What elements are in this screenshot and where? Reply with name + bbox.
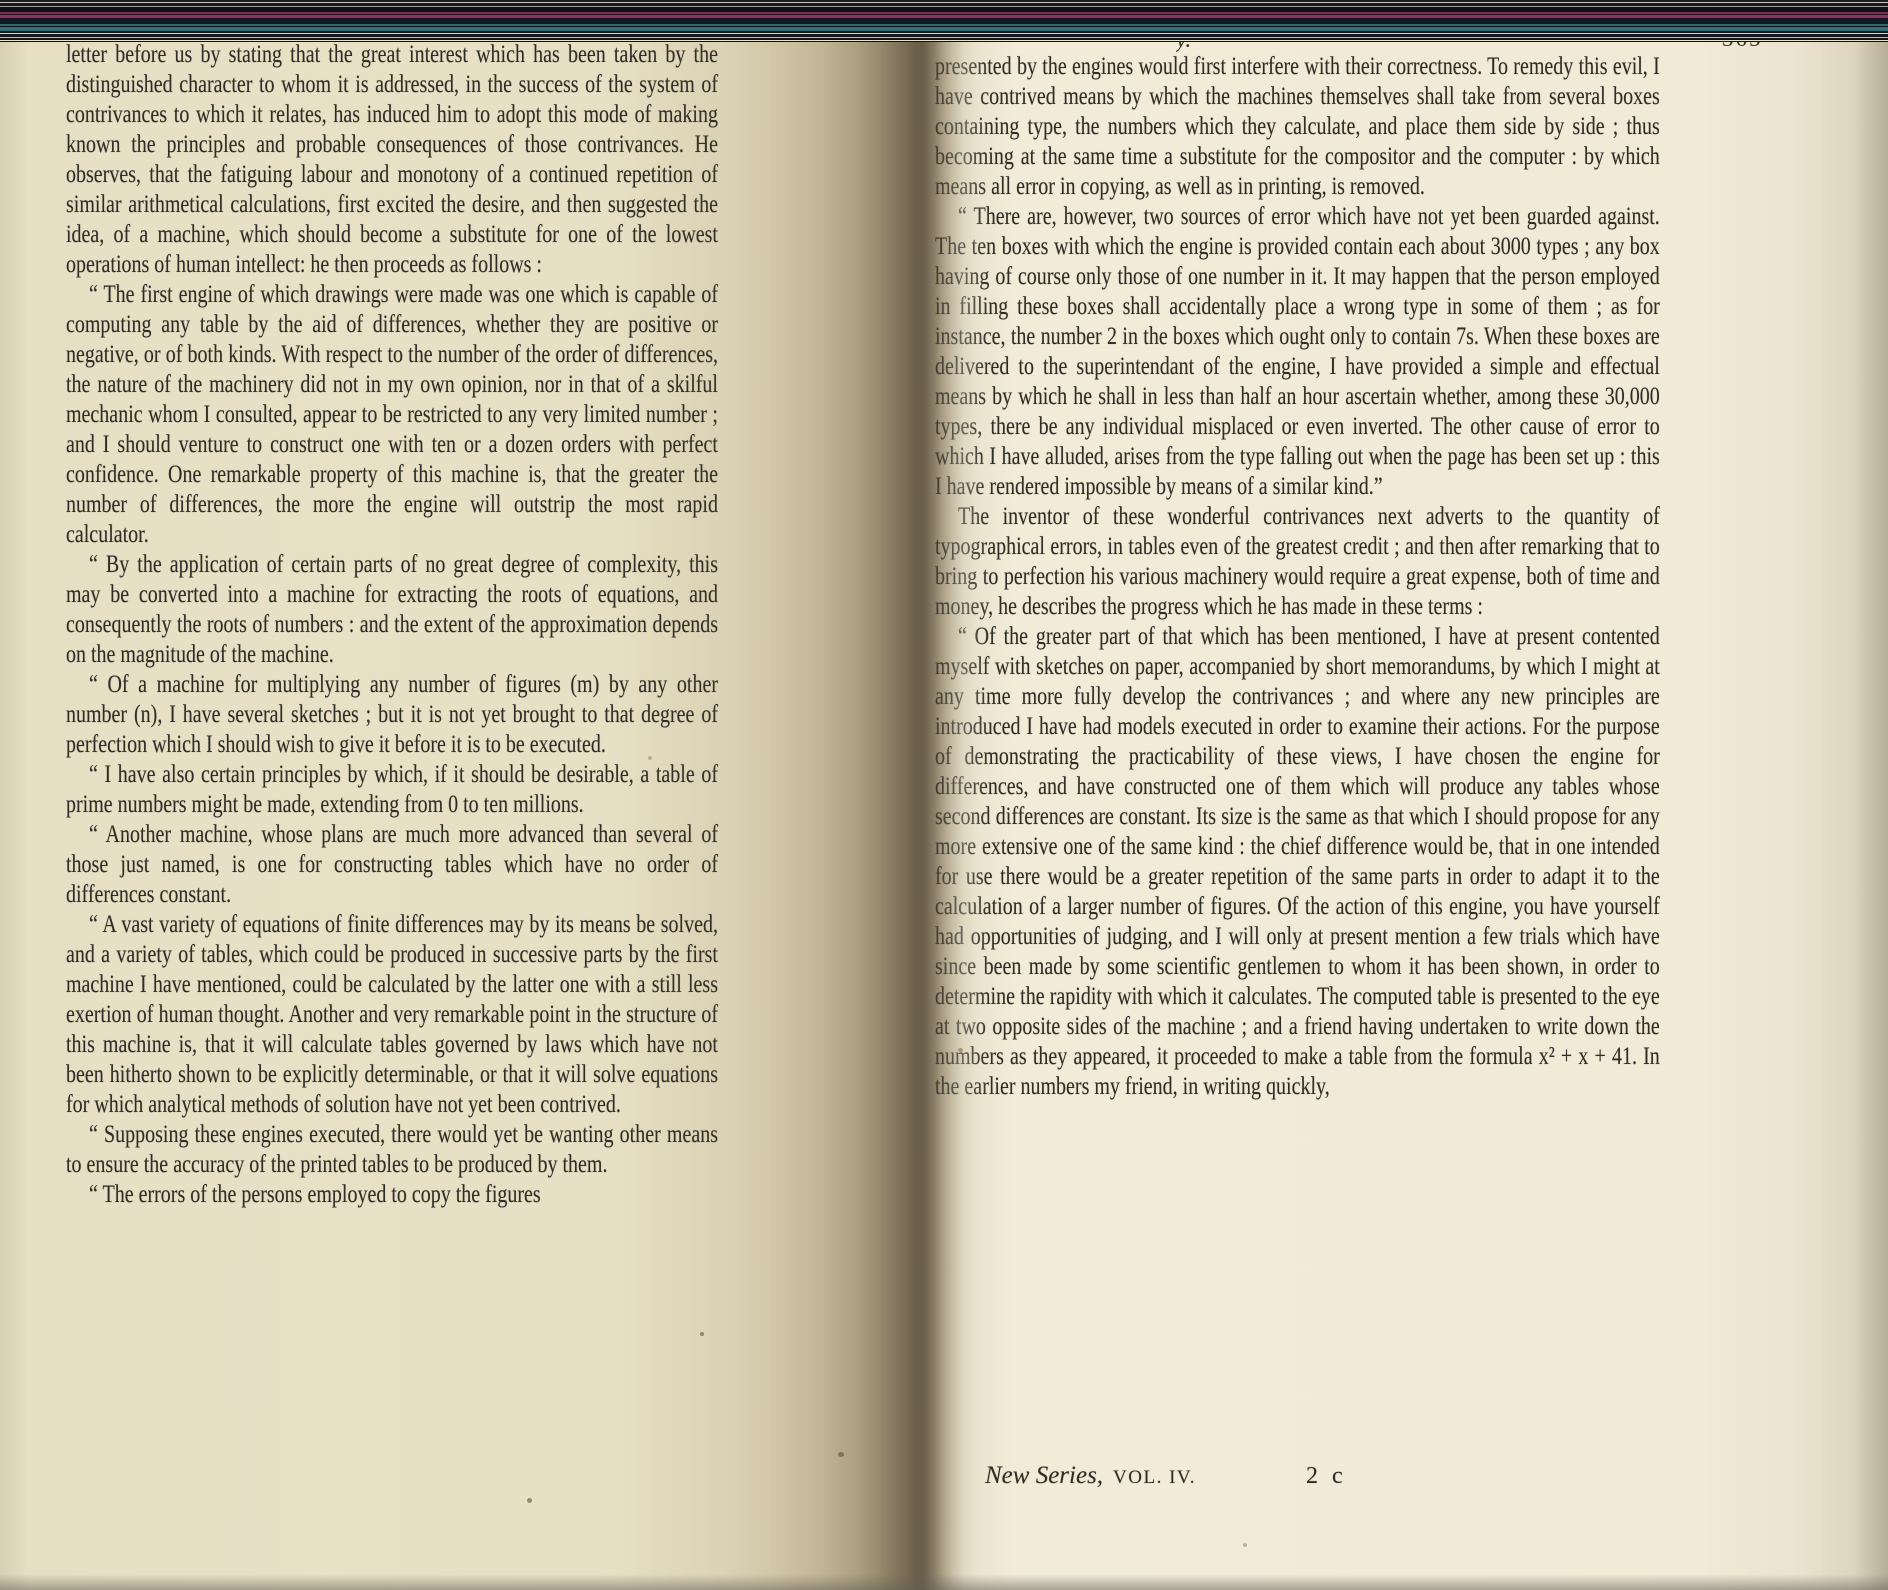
series-label: New Series, (985, 1462, 1103, 1490)
paragraph: letter before us by stating that the gre… (66, 40, 718, 280)
volume-label: VOL. IV. (1113, 1467, 1196, 1489)
paragraph: “ Of a machine for multiplying any numbe… (66, 670, 718, 760)
paragraph: “ Of the greater part of that which has … (935, 622, 1660, 1102)
paragraph: “ The first engine of which drawings wer… (66, 280, 718, 550)
paragraph: presented by the engines would first int… (935, 52, 1660, 202)
book-spread: y. 365 letter before us by stating that … (0, 0, 1888, 1590)
right-page-text: presented by the engines would first int… (935, 52, 1660, 1102)
paragraph: “ I have also certain principles by whic… (66, 760, 718, 820)
paragraph: “ A vast variety of equations of finite … (66, 910, 718, 1120)
page-number-text: 365 (1722, 42, 1792, 51)
left-page-text: letter before us by stating that the gre… (66, 40, 718, 1210)
paper-speck (1243, 1543, 1247, 1547)
paragraph: “ By the application of certain parts of… (66, 550, 718, 670)
paragraph: “ The errors of the persons employed to … (66, 1180, 718, 1210)
paper-speck (838, 1452, 844, 1457)
bottom-edge-shadow (0, 1574, 1888, 1590)
paragraph: The inventor of these wonderful contriva… (935, 502, 1660, 622)
scan-artifact-stripe-band (0, 0, 1888, 42)
signature-mark: 2 c (1306, 1463, 1347, 1490)
paper-speck (700, 1332, 704, 1336)
paragraph: “ Another machine, whose plans are much … (66, 820, 718, 910)
page-footer: New Series, VOL. IV. 2 c (985, 1462, 1347, 1490)
paragraph: “ There are, however, two sources of err… (935, 202, 1660, 502)
page-edge-shadow (1854, 42, 1888, 1590)
paragraph: “ Supposing these engines executed, ther… (66, 1120, 718, 1180)
page-number-fragment: 365 (1722, 42, 1792, 51)
paper-speck (527, 1498, 532, 1503)
